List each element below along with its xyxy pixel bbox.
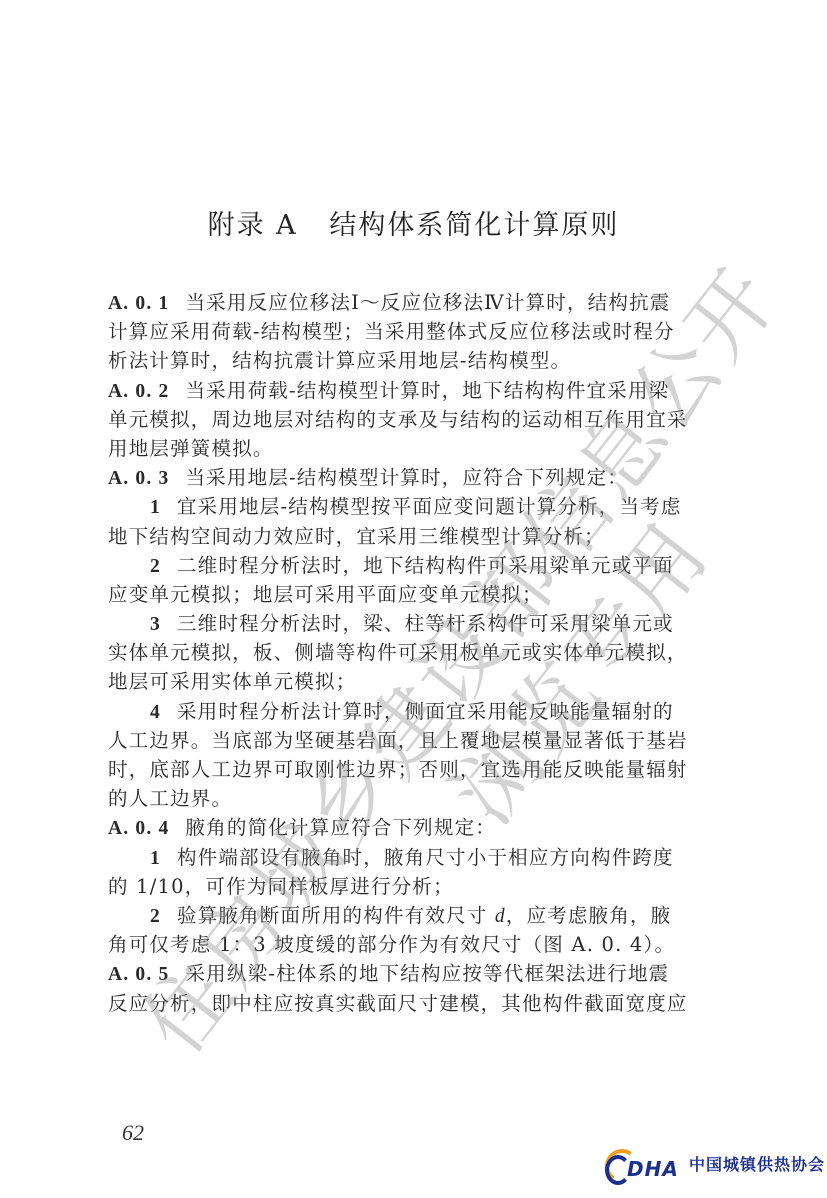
item-number: 2 (150, 556, 161, 577)
item-text: 二维时程分析法时，地下结构构件可采用梁单元或平面 (177, 554, 674, 577)
clause-number: A. 0. 5 (108, 964, 169, 985)
item-number: 3 (150, 614, 161, 635)
clause-number: A. 0. 2 (108, 381, 169, 402)
item-text: 时，底部人工边界可取刚性边界；否则，宜选用能反映能量辐射 (108, 755, 720, 784)
clause-text: 用地层弹簧模拟。 (108, 434, 720, 463)
clause-a-0-2: A. 0. 2当采用荷载-结构模型计算时，地下结构构件宜采用梁 单元模拟，周边地… (108, 376, 720, 464)
cdha-logo: DHA 中国城镇供热协会 (605, 1143, 825, 1183)
item-text: 宜采用地层-结构模型按平面应变问题计算分析，当考虑 (177, 495, 682, 518)
item-text: 地层可采用实体单元模拟； (108, 667, 720, 696)
clause-a-0-3: A. 0. 3当采用地层-结构模型计算时，应符合下列规定： 1宜采用地层-结构模… (108, 463, 720, 813)
list-item: 2二维时程分析法时，地下结构构件可采用梁单元或平面 应变单元模拟；地层可采用平面… (108, 551, 720, 609)
item-text: 三维时程分析法时，梁、柱等杆系构件可采用梁单元或 (177, 612, 674, 635)
clause-number: A. 0. 4 (108, 818, 169, 839)
page-number: 62 (122, 1120, 144, 1146)
clause-text: 计算应采用荷载-结构模型；当采用整体式反应位移法或时程分 (108, 317, 720, 346)
logo-org-name: 中国城镇供热协会 (689, 1152, 825, 1175)
clause-text: 采用纵梁-柱体系的地下结构应按等代框架法进行地震 (185, 962, 669, 985)
list-item: 3三维时程分析法时，梁、柱等杆系构件可采用梁单元或 实体单元模拟，板、侧墙等构件… (108, 609, 720, 697)
logo-letters: DHA (627, 1157, 679, 1181)
item-text: 构件端部设有腋角时，腋角尺寸小于相应方向构件跨度 (177, 846, 674, 869)
list-item: 1构件端部设有腋角时，腋角尺寸小于相应方向构件跨度 的 1/10，可作为同样板厚… (108, 843, 720, 901)
list-item: 2验算腋角断面所用的构件有效尺寸 d，应考虑腋角，腋 角可仅考虑 1：3 坡度缓… (108, 901, 720, 959)
clause-text: 当采用地层-结构模型计算时，应符合下列规定： (185, 466, 628, 489)
clause-text: 反应分析，即中柱应按真实截面尺寸建模，其他构件截面宽度应 (108, 989, 720, 1018)
clause-a-0-4: A. 0. 4腋角的简化计算应符合下列规定： 1构件端部设有腋角时，腋角尺寸小于… (108, 813, 720, 959)
clause-number: A. 0. 3 (108, 468, 169, 489)
item-number: 2 (150, 906, 161, 927)
item-number: 1 (150, 497, 161, 518)
item-number: 1 (150, 848, 161, 869)
list-item: 4采用时程分析法计算时，侧面宜采用能反映能量辐射的 人工边界。当底部为坚硬基岩面… (108, 697, 720, 814)
document-body: A. 0. 1当采用反应位移法Ⅰ～反应位移法Ⅳ计算时，结构抗震 计算应采用荷载-… (108, 288, 720, 1018)
clause-text: 当采用荷载-结构模型计算时，地下结构构件宜采用梁 (185, 379, 669, 402)
item-text: 验算腋角断面所用的构件有效尺寸 (177, 904, 495, 927)
item-text: 实体单元模拟，板、侧墙等构件可采用板单元或实体单元模拟， (108, 638, 720, 667)
item-text: 角可仅考虑 1：3 坡度缓的部分作为有效尺寸（图 A. 0. 4）。 (108, 930, 720, 959)
clause-text: 当采用反应位移法Ⅰ～反应位移法Ⅳ计算时，结构抗震 (185, 291, 670, 314)
item-text: 地下结构空间动力效应时，宜采用三维模型计算分析； (108, 522, 720, 551)
clause-text: 腋角的简化计算应符合下列规定： (185, 816, 496, 839)
item-text: 的 1/10，可作为同样板厚进行分析； (108, 872, 720, 901)
item-text: ，应考虑腋角，腋 (506, 904, 672, 927)
item-text: 采用时程分析法计算时，侧面宜采用能反映能量辐射的 (177, 700, 674, 723)
item-text: 的人工边界。 (108, 784, 720, 813)
clause-a-0-5: A. 0. 5采用纵梁-柱体系的地下结构应按等代框架法进行地震 反应分析，即中柱… (108, 959, 720, 1017)
variable-d: d (495, 906, 506, 927)
clause-text: 析法计算时，结构抗震计算应采用地层-结构模型。 (108, 346, 720, 375)
list-item: 1宜采用地层-结构模型按平面应变问题计算分析，当考虑 地下结构空间动力效应时，宜… (108, 492, 720, 550)
cdha-logo-mark-icon: DHA (605, 1143, 683, 1183)
appendix-title: 附录 A 结构体系简化计算原则 (0, 203, 827, 242)
document-page: 附录 A 结构体系简化计算原则 A. 0. 1当采用反应位移法Ⅰ～反应位移法Ⅳ计… (0, 0, 827, 1198)
item-number: 4 (150, 702, 161, 723)
clause-text: 单元模拟，周边地层对结构的支承及与结构的运动相互作用宜采 (108, 405, 720, 434)
item-text: 应变单元模拟；地层可采用平面应变单元模拟； (108, 580, 720, 609)
clause-a-0-1: A. 0. 1当采用反应位移法Ⅰ～反应位移法Ⅳ计算时，结构抗震 计算应采用荷载-… (108, 288, 720, 376)
item-text: 人工边界。当底部为坚硬基岩面，且上覆地层模量显著低于基岩 (108, 726, 720, 755)
clause-number: A. 0. 1 (108, 293, 169, 314)
